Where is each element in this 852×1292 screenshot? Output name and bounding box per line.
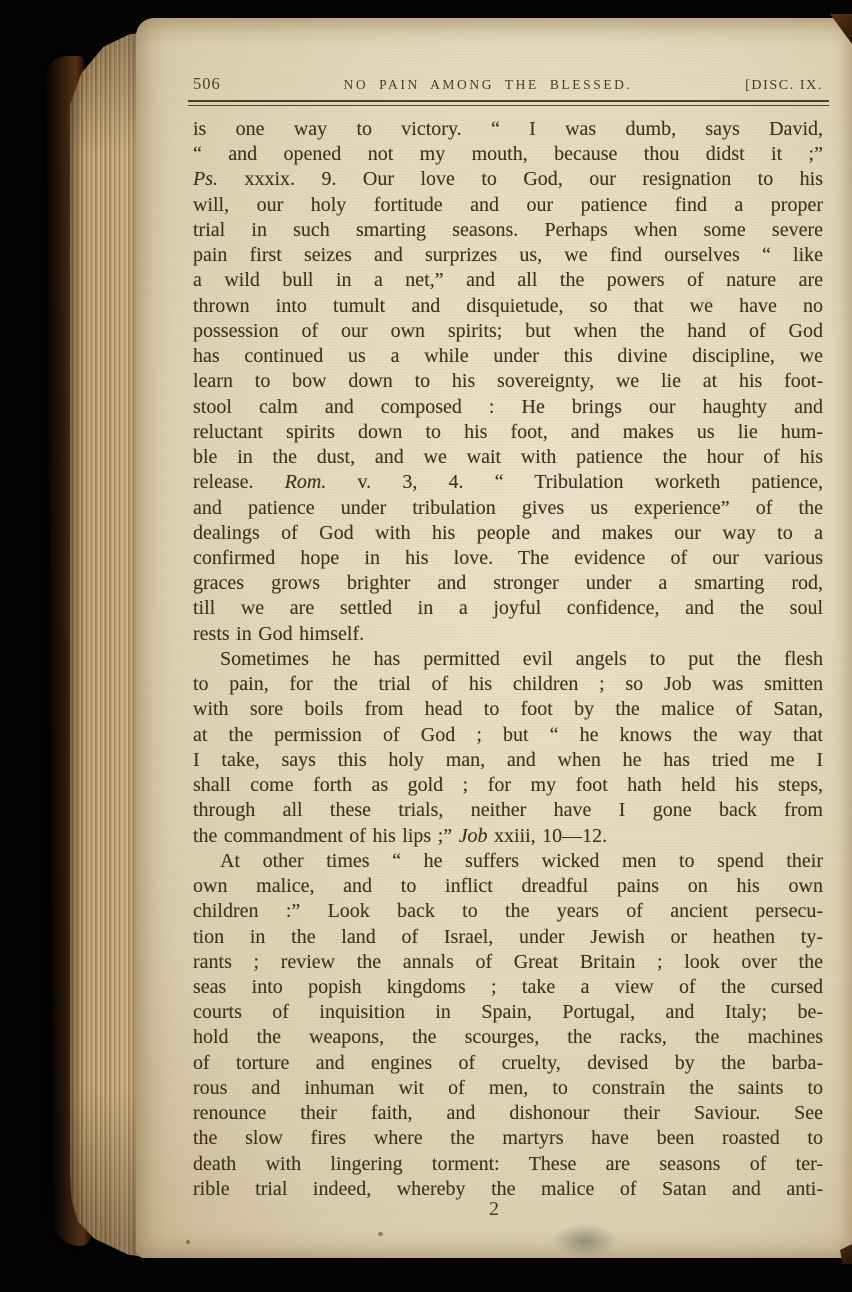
text-segment: and patience under tribulation gives us … — [193, 497, 823, 519]
text-segment: thrown into tumult and disquietude, so t… — [193, 295, 823, 317]
text-line: courts of inquisition in Spain, Portugal… — [193, 1000, 823, 1025]
text-segment: pain first seizes and surprizes us, we f… — [193, 244, 823, 266]
paper-speck — [186, 1240, 190, 1244]
italic-text-segment: Job — [459, 825, 488, 847]
text-line: ble in the dust, and we wait with patien… — [193, 445, 823, 470]
text-segment: at the permission of God ; but “ he know… — [193, 724, 823, 746]
text-line: the commandment of his lips ;” Job xxiii… — [193, 824, 823, 849]
text-segment: xxxix. 9. Our love to God, our resignati… — [218, 168, 823, 190]
text-line: rests in God himself. — [193, 622, 823, 647]
section-label: [DISC. IX. — [703, 78, 823, 94]
text-segment: stool calm and composed : He brings our … — [193, 396, 823, 418]
text-segment: with sore boils from head to foot by the… — [193, 698, 823, 720]
text-segment: through all these trials, neither have I… — [193, 799, 823, 821]
body-text: is one way to victory. “ I was dumb, say… — [193, 117, 823, 1202]
text-segment: till we are settled in a joyful confiden… — [193, 597, 823, 619]
text-line: tion in the land of Israel, under Jewish… — [193, 925, 823, 950]
text-line: the slow fires where the martyrs have be… — [193, 1126, 823, 1151]
text-line: possession of our own spirits; but when … — [193, 319, 823, 344]
text-segment: confirmed hope in his love. The evidence… — [193, 547, 823, 569]
text-segment: trial in such smarting seasons. Perhaps … — [193, 219, 823, 241]
text-line: children :” Look back to the years of an… — [193, 899, 823, 924]
text-line: to pain, for the trial of his children ;… — [193, 672, 823, 697]
text-segment: the commandment of his lips ;” — [193, 825, 459, 847]
page-content: 506 NO PAIN AMONG THE BLESSED. [DISC. IX… — [193, 18, 823, 1258]
text-segment: seas into popish kingdoms ; take a view … — [193, 976, 823, 998]
text-line: at the permission of God ; but “ he know… — [193, 723, 823, 748]
text-segment: death with lingering torment: These are … — [193, 1153, 823, 1175]
text-line: renounce their faith, and dishonour thei… — [193, 1101, 823, 1126]
italic-text-segment: Rom. — [285, 471, 327, 493]
book-page: 506 NO PAIN AMONG THE BLESSED. [DISC. IX… — [136, 18, 852, 1258]
text-segment: possession of our own spirits; but when … — [193, 320, 823, 342]
text-line: has continued us a while under this divi… — [193, 344, 823, 369]
text-line: “ and opened not my mouth, because thou … — [193, 142, 823, 167]
text-segment: rible trial indeed, whereby the malice o… — [193, 1178, 823, 1200]
page-number: 506 — [193, 74, 273, 94]
text-line: death with lingering torment: These are … — [193, 1152, 823, 1177]
text-line: own malice, and to inflict dreadful pain… — [193, 874, 823, 899]
text-line: till we are settled in a joyful confiden… — [193, 596, 823, 621]
header-double-rule — [188, 100, 829, 106]
italic-text-segment: Ps. — [193, 168, 218, 190]
text-line: I take, says this holy man, and when he … — [193, 748, 823, 773]
text-segment: hold the weapons, the scourges, the rack… — [193, 1026, 823, 1048]
text-segment: learn to bow down to his sovereignty, we… — [193, 370, 823, 392]
text-segment: dealings of God with his people and make… — [193, 522, 823, 544]
text-segment: tion in the land of Israel, under Jewish… — [193, 926, 823, 948]
text-line: with sore boils from head to foot by the… — [193, 697, 823, 722]
text-segment: graces grows brighter and stronger under… — [193, 572, 823, 594]
text-segment: the slow fires where the martyrs have be… — [193, 1127, 823, 1149]
text-segment: Sometimes he has permitted evil angels t… — [220, 648, 823, 670]
text-line: seas into popish kingdoms ; take a view … — [193, 975, 823, 1000]
book-photograph: 506 NO PAIN AMONG THE BLESSED. [DISC. IX… — [0, 0, 852, 1292]
text-line: through all these trials, neither have I… — [193, 798, 823, 823]
text-line: of torture and engines of cruelty, devis… — [193, 1051, 823, 1076]
text-line: graces grows brighter and stronger under… — [193, 571, 823, 596]
text-line: dealings of God with his people and make… — [193, 521, 823, 546]
text-segment: of torture and engines of cruelty, devis… — [193, 1052, 823, 1074]
text-line: shall come forth as gold ; for my foot h… — [193, 773, 823, 798]
text-segment: xxiii, 10—12. — [488, 825, 608, 847]
text-segment: ble in the dust, and we wait with patien… — [193, 446, 823, 468]
paper-stain — [700, 296, 716, 308]
text-line: is one way to victory. “ I was dumb, say… — [193, 117, 823, 142]
text-segment: is one way to victory. “ I was dumb, say… — [193, 118, 823, 140]
text-line: At other times “ he suffers wicked men t… — [193, 849, 823, 874]
text-segment: children :” Look back to the years of an… — [193, 900, 823, 922]
text-segment: has continued us a while under this divi… — [193, 345, 823, 367]
text-line: confirmed hope in his love. The evidence… — [193, 546, 823, 571]
paper-stain — [648, 1078, 660, 1088]
text-segment: rants ; review the annals of Great Brita… — [193, 951, 823, 973]
text-segment: reluctant spirits down to his foot, and … — [193, 421, 823, 443]
text-segment: courts of inquisition in Spain, Portugal… — [193, 1001, 823, 1023]
text-line: stool calm and composed : He brings our … — [193, 395, 823, 420]
text-line: thrown into tumult and disquietude, so t… — [193, 294, 823, 319]
running-title: NO PAIN AMONG THE BLESSED. — [273, 77, 703, 93]
text-line: release. Rom. v. 3, 4. “ Tribulation wor… — [193, 470, 823, 495]
text-segment: to pain, for the trial of his children ;… — [193, 673, 823, 695]
text-line: reluctant spirits down to his foot, and … — [193, 420, 823, 445]
text-line: and patience under tribulation gives us … — [193, 496, 823, 521]
text-segment: renounce their faith, and dishonour thei… — [193, 1102, 823, 1124]
text-segment: “ and opened not my mouth, because thou … — [193, 143, 823, 165]
text-line: Sometimes he has permitted evil angels t… — [193, 647, 823, 672]
text-line: a wild bull in a net,” and all the power… — [193, 268, 823, 293]
text-line: pain first seizes and surprizes us, we f… — [193, 243, 823, 268]
text-line: rous and inhuman wit of men, to constrai… — [193, 1076, 823, 1101]
text-segment: At other times “ he suffers wicked men t… — [220, 850, 823, 872]
paper-speck — [378, 1232, 383, 1236]
smudge-mark — [552, 1224, 618, 1258]
text-segment: own malice, and to inflict dreadful pain… — [193, 875, 823, 897]
text-segment: v. 3, 4. “ Tribulation worketh patience, — [326, 471, 823, 493]
text-segment: rests in God himself. — [193, 623, 364, 645]
text-line: rants ; review the annals of Great Brita… — [193, 950, 823, 975]
text-segment: I take, says this holy man, and when he … — [193, 749, 823, 771]
text-line: learn to bow down to his sovereignty, we… — [193, 369, 823, 394]
text-segment: a wild bull in a net,” and all the power… — [193, 269, 823, 291]
text-segment: shall come forth as gold ; for my foot h… — [193, 774, 823, 796]
signature-mark: 2 — [179, 1198, 809, 1221]
text-line: trial in such smarting seasons. Perhaps … — [193, 218, 823, 243]
text-segment: rous and inhuman wit of men, to constrai… — [193, 1077, 823, 1099]
text-segment: release. — [193, 471, 285, 493]
page-header: 506 NO PAIN AMONG THE BLESSED. [DISC. IX… — [193, 74, 823, 94]
text-line: hold the weapons, the scourges, the rack… — [193, 1025, 823, 1050]
text-segment: will, our holy fortitude and our patienc… — [193, 194, 823, 216]
text-line: will, our holy fortitude and our patienc… — [193, 193, 823, 218]
text-line: Ps. xxxix. 9. Our love to God, our resig… — [193, 167, 823, 192]
